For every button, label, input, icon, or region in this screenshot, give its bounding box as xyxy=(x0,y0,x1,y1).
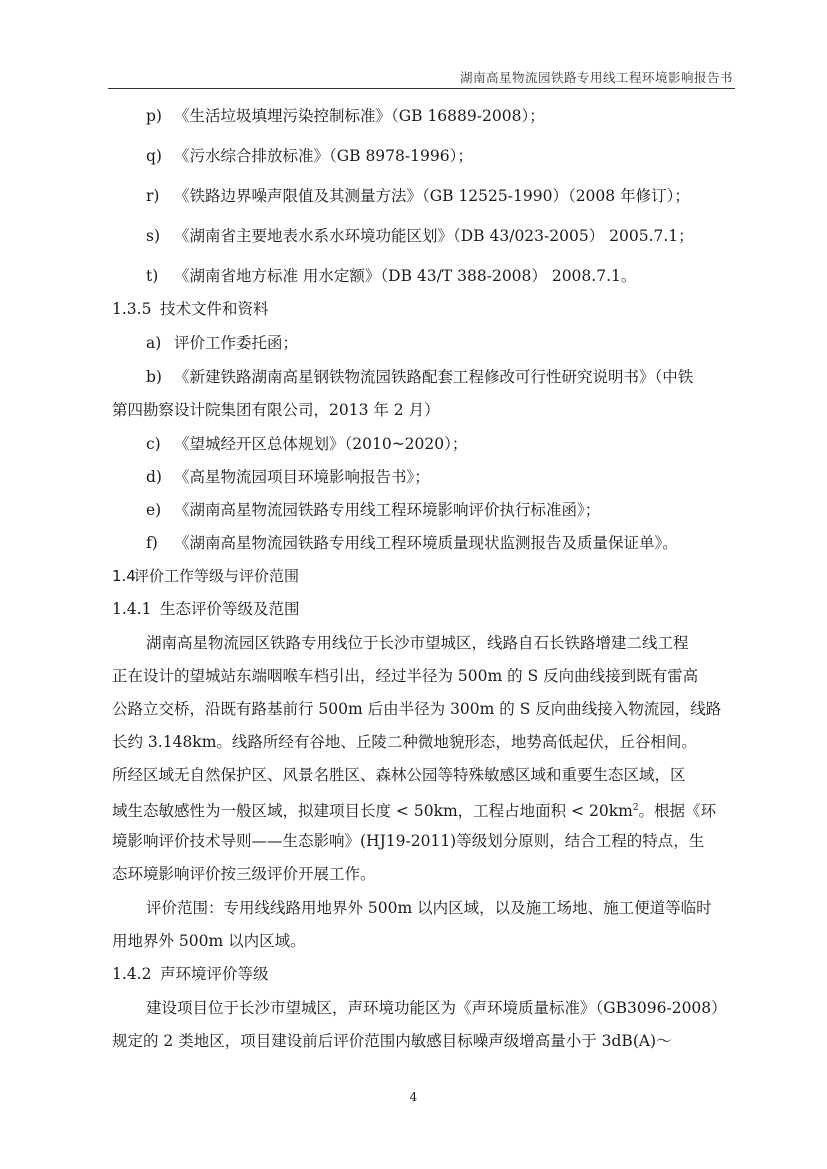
list-item: a)评价工作委托函； xyxy=(146,333,298,353)
section-heading-1-4-1: 1.4.1生态评价等级及范围 xyxy=(112,599,300,619)
list-item: r)《铁路边界噪声限值及其测量方法》（GB 12525-1990）（2008 年… xyxy=(146,186,690,206)
paragraph-line: 评价范围：专用线线路用地界外 500m 以内区域，以及施工场地、施工便道等临时 xyxy=(146,898,712,918)
list-item-continuation: 第四勘察设计院集团有限公司，2013 年 2 月） xyxy=(112,400,440,420)
list-item: c)《望城经开区总体规划》（2010~2020）； xyxy=(146,434,467,454)
paragraph-line: 境影响评价技术导则——生态影响》(HJ19-2011)等级划分原则，结合工程的特… xyxy=(112,831,704,851)
paragraph-line: 湖南高星物流园区铁路专用线位于长沙市望城区，线路自石长铁路增建二线工程 xyxy=(146,633,689,653)
paragraph-line: 态环境影响评价按三级评价开展工作。 xyxy=(112,864,376,884)
list-item: p)《生活垃圾填埋污染控制标准》（GB 16889-2008）； xyxy=(146,106,545,126)
paragraph-line: 所经区域无自然保护区、风景名胜区、森林公园等特殊敏感区域和重要生态区域，区 xyxy=(112,765,686,785)
paragraph-line: 公路立交桥，沿既有路基前行 500m 后由半径为 300m 的 S 反向曲线接入… xyxy=(112,699,721,719)
page-number: 4 xyxy=(0,1090,827,1104)
section-heading-1-4-2: 1.4.2声环境评价等级 xyxy=(112,964,269,984)
paragraph-line: 正在设计的望城站东端咽喉车档引出，经过半径为 500m 的 S 反向曲线接到既有… xyxy=(112,666,698,686)
paragraph-line: 域生态敏感性为一般区域，拟建项目长度 < 50km，工程占地面积 < 20km2… xyxy=(112,798,716,821)
section-heading-1-4: 1.4评价工作等级与评价范围 xyxy=(112,566,299,586)
paragraph-line: 建设项目位于长沙市望城区，声环境功能区为《声环境质量标准》（GB3096-200… xyxy=(146,998,727,1018)
header-title: 湖南高星物流园铁路专用线工程环境影响报告书 xyxy=(460,68,733,86)
paragraph-line: 规定的 2 类地区，项目建设前后评价范围内敏感目标噪声级增高量小于 3dB(A)… xyxy=(112,1031,672,1051)
list-item: e)《湖南高星物流园铁路专用线工程环境影响评价执行标准函》； xyxy=(146,500,600,520)
list-item: d)《高星物流园项目环境影响报告书》； xyxy=(146,467,430,487)
list-item: s)《湖南省主要地表水系水环境功能区划》（DB 43/023-2005） 200… xyxy=(146,226,694,246)
list-item: b)《新建铁路湖南高星钢铁物流园铁路配套工程修改可行性研究说明书》（中铁 xyxy=(146,367,693,387)
paragraph-line: 长约 3.148km。线路所经有谷地、丘陵二种微地貌形态，地势高低起伏，丘谷相间… xyxy=(112,732,697,752)
page-header: 湖南高星物流园铁路专用线工程环境影响报告书 xyxy=(108,66,735,89)
list-item: t)《湖南省地方标准 用水定额》（DB 43/T 388-2008） 2008.… xyxy=(146,266,636,286)
paragraph-line: 用地界外 500m 以内区域。 xyxy=(112,931,306,951)
list-item: f)《湖南高星物流园铁路专用线工程环境质量现状监测报告及质量保证单》。 xyxy=(146,533,678,553)
list-item: q)《污水综合排放标准》（GB 8978-1996）； xyxy=(146,146,473,166)
section-heading-1-3-5: 1.3.5技术文件和资料 xyxy=(112,299,269,319)
